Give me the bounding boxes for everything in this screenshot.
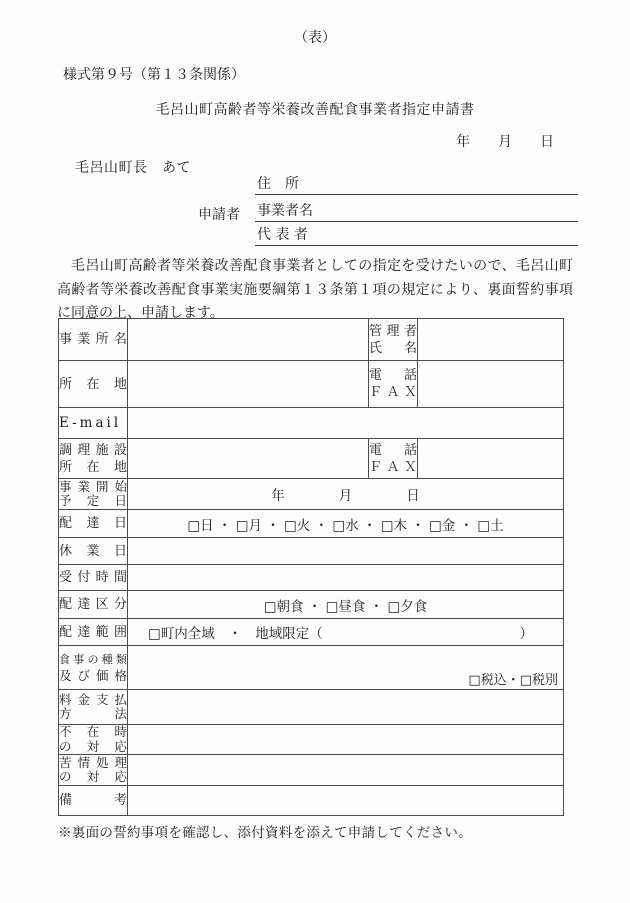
- complaint-handling-input-cell[interactable]: [128, 755, 564, 786]
- closed-days-input-cell[interactable]: [128, 538, 564, 565]
- delivery-area-options[interactable]: □町内全域 ・ 地域限定（ ）: [128, 622, 563, 642]
- applicant-address-label: 住 所: [255, 176, 299, 194]
- kitchen-address-label: 調理施設 所在地: [59, 439, 128, 479]
- payment-method-input-cell[interactable]: [128, 690, 564, 725]
- applicant-fields: 住 所 事業者名 代 表 者: [255, 170, 578, 246]
- delivery-area-options-text[interactable]: □町内全域 ・ 地域限定（: [148, 622, 323, 642]
- applicant-business-name-label: 事業者名: [255, 203, 313, 221]
- remarks-input-cell[interactable]: [128, 786, 564, 816]
- closed-days-row: 休業日: [59, 538, 564, 565]
- page-side-label: （表）: [0, 27, 630, 47]
- email-row: E-mail: [59, 408, 564, 439]
- start-date-label: 事業開始 予定日: [59, 479, 128, 510]
- business-office-name-input-cell[interactable]: [128, 319, 369, 361]
- absence-handling-label: 不在時 の対応: [59, 725, 128, 755]
- kitchen-phone-fax-label: 電話 ＦＡＸ: [369, 439, 418, 479]
- business-office-name-row: 事業所名 管理者 氏名: [59, 319, 564, 361]
- email-input-cell[interactable]: [128, 408, 564, 439]
- kitchen-address-input-cell[interactable]: [128, 439, 369, 479]
- reception-hours-row: 受付時間: [59, 565, 564, 591]
- delivery-area-close-paren: ）: [520, 622, 534, 642]
- delivery-area-input-cell[interactable]: □町内全域 ・ 地域限定（ ）: [128, 619, 564, 646]
- office-address-row: 所在地 電話 ＦＡＸ: [59, 361, 564, 408]
- meal-types-prices-label: 食事の種類 及び価格: [59, 646, 128, 690]
- delivery-area-row: 配達範囲 □町内全域 ・ 地域限定（ ）: [59, 619, 564, 646]
- kitchen-address-row: 調理施設 所在地 電話 ＦＡＸ: [59, 439, 564, 479]
- manager-name-input-cell[interactable]: [418, 319, 564, 361]
- page-title: 毛呂山町高齢者等栄養改善配食事業者指定申請書: [0, 99, 630, 119]
- closed-days-label: 休業日: [59, 538, 128, 565]
- form-number: 様式第９号（第１３条関係）: [63, 64, 245, 84]
- manager-name-label: 管理者 氏名: [369, 319, 418, 361]
- addressee-line: 毛呂山町長 あて: [75, 157, 191, 177]
- absence-handling-input-cell[interactable]: [128, 725, 564, 755]
- office-address-input-cell[interactable]: [128, 361, 369, 408]
- payment-method-label: 料金支払 方法: [59, 690, 128, 725]
- email-label: E-mail: [59, 408, 128, 439]
- applicant-address-field[interactable]: 住 所: [255, 170, 578, 195]
- remarks-row: 備考: [59, 786, 564, 816]
- business-office-name-label: 事業所名: [59, 319, 128, 361]
- footer-note: ※裏面の誓約事項を確認し、添付資料を添えて申請してください。: [58, 821, 472, 841]
- complaint-handling-row: 苦情処理 の対応: [59, 755, 564, 786]
- kitchen-phone-fax-input-cell[interactable]: [418, 439, 564, 479]
- delivery-category-row: 配達区分 □朝食 ・ □昼食 ・ □夕食: [59, 591, 564, 619]
- office-address-label: 所在地: [59, 361, 128, 408]
- phone-fax-input-cell[interactable]: [418, 361, 564, 408]
- phone-fax-label: 電話 ＦＡＸ: [369, 361, 418, 408]
- applicant-representative-label: 代 表 者: [255, 227, 308, 245]
- meal-types-prices-input-cell[interactable]: □税込・□税別: [128, 646, 564, 690]
- complaint-handling-label: 苦情処理 の対応: [59, 755, 128, 786]
- start-date-row: 事業開始 予定日 年 月 日: [59, 479, 564, 510]
- intro-paragraph: 毛呂山町高齢者等栄養改善配食事業者としての指定を受けたいので、毛呂山町高齢者等栄…: [57, 255, 573, 326]
- application-form-table: 事業所名 管理者 氏名 所在地 電話 ＦＡＸ E-mail 調理施設 所在地 電…: [58, 318, 564, 816]
- start-date-input-cell[interactable]: 年 月 日: [128, 479, 564, 510]
- delivery-category-checkboxes[interactable]: □朝食 ・ □昼食 ・ □夕食: [128, 591, 564, 619]
- reception-hours-input-cell[interactable]: [128, 565, 564, 591]
- applicant-representative-field[interactable]: 代 表 者: [255, 222, 578, 246]
- applicant-label: 申請者: [198, 204, 240, 224]
- reception-hours-label: 受付時間: [59, 565, 128, 591]
- application-date-line: 年 月 日: [456, 131, 554, 151]
- absence-handling-row: 不在時 の対応: [59, 725, 564, 755]
- tax-included-checkboxes[interactable]: □税込・□税別: [468, 669, 558, 688]
- meal-types-prices-row: 食事の種類 及び価格 □税込・□税別: [59, 646, 564, 690]
- remarks-label: 備考: [59, 786, 128, 816]
- delivery-days-label: 配達日: [59, 510, 128, 538]
- payment-method-row: 料金支払 方法: [59, 690, 564, 725]
- delivery-days-row: 配達日 □日 ・ □月 ・ □火 ・ □水 ・ □木 ・ □金 ・ □土: [59, 510, 564, 538]
- delivery-days-checkboxes[interactable]: □日 ・ □月 ・ □火 ・ □水 ・ □木 ・ □金 ・ □土: [128, 510, 564, 538]
- applicant-business-name-field[interactable]: 事業者名: [255, 195, 578, 222]
- delivery-area-label: 配達範囲: [59, 619, 128, 646]
- delivery-category-label: 配達区分: [59, 591, 128, 619]
